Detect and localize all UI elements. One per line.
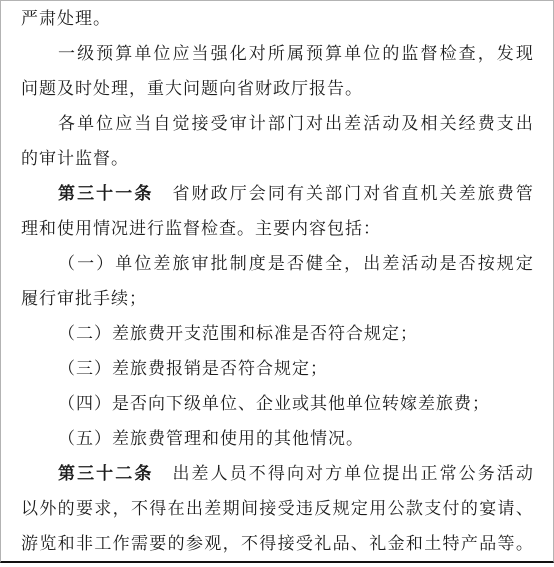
paragraph: 各单位应当自觉接受审计部门对出差活动及相关经费支出的审计监督。 <box>21 106 533 176</box>
char: 在 <box>168 491 185 526</box>
char: 当 <box>192 36 209 71</box>
article-number-char: 第 <box>58 176 75 211</box>
char: 动 <box>516 456 533 491</box>
char: 、 <box>516 491 533 526</box>
char: 强 <box>211 36 228 71</box>
char: 机 <box>420 176 437 211</box>
char: 得 <box>259 526 276 561</box>
char: 特 <box>443 526 460 561</box>
char: 观 <box>204 526 221 561</box>
char: 正 <box>420 456 437 491</box>
char: ， <box>478 36 495 71</box>
char: 款 <box>406 491 423 526</box>
char <box>153 176 170 211</box>
paragraph: （一）单位差旅审批制度是否健全，出差活动是否按规定履行审批手续； <box>21 246 533 316</box>
char: 出 <box>186 491 203 526</box>
text-line: （四）是否向下级单位、企业或其他单位转嫁差旅费； <box>21 386 533 421</box>
char: 品 <box>333 526 350 561</box>
char: 参 <box>186 526 203 561</box>
paragraph: 第三十一条 省财政厅会同有关部门对省直机关差旅费管理和使用情况进行监督检查。主要… <box>21 176 533 246</box>
char: 作 <box>113 526 130 561</box>
char: 定 <box>351 491 368 526</box>
char: 同 <box>268 176 285 211</box>
char: 要 <box>76 491 93 526</box>
char: 审 <box>192 246 209 281</box>
char: 门 <box>344 176 361 211</box>
char: 违 <box>296 491 313 526</box>
char: 差 <box>382 246 399 281</box>
char: 务 <box>478 456 495 491</box>
char: 位 <box>363 456 380 491</box>
char: 厅 <box>230 176 247 211</box>
char: 差 <box>459 176 476 211</box>
char: 的 <box>58 491 75 526</box>
text-line: 游览和非工作需要的参观，不得接受礼品、礼金和土特产品等。 <box>21 526 533 561</box>
char: 品 <box>479 526 496 561</box>
char: ， <box>113 491 130 526</box>
char: 出 <box>325 106 342 141</box>
paragraph: 第三十二条 出差人员不得向对方单位提出正常公务活动以外的要求，不得在出差期间接受… <box>21 456 533 561</box>
char: 应 <box>115 106 132 141</box>
char: 员 <box>230 456 247 491</box>
article-number-char: 十 <box>96 456 113 491</box>
char: 反 <box>314 491 331 526</box>
char: 活 <box>497 456 514 491</box>
char: 属 <box>287 36 304 71</box>
char: 产 <box>461 526 478 561</box>
article-number-char: 三 <box>77 176 94 211</box>
paragraph: 严肃处理。 <box>21 1 533 36</box>
char: 出 <box>401 456 418 491</box>
char: 各 <box>58 106 75 141</box>
char: 的 <box>168 526 185 561</box>
char: 是 <box>440 246 457 281</box>
char: 级 <box>77 36 94 71</box>
char: 求 <box>94 491 111 526</box>
char: 监 <box>401 36 418 71</box>
char: 不 <box>241 526 258 561</box>
char: 、 <box>351 526 368 561</box>
char: 览 <box>39 526 56 561</box>
char: 受 <box>278 491 295 526</box>
char: 以 <box>21 491 38 526</box>
char: 差 <box>192 456 209 491</box>
char: 活 <box>363 106 380 141</box>
char: 预 <box>306 36 323 71</box>
text-line: 各单位应当自觉接受审计部门对出差活动及相关经费支出 <box>21 106 533 141</box>
char: 现 <box>516 36 533 71</box>
char: 需 <box>131 526 148 561</box>
text-line: 的审计监督。 <box>21 141 533 176</box>
char: 查 <box>459 36 476 71</box>
char: 计 <box>249 106 266 141</box>
text-line: 第三十一条 省财政厅会同有关部门对省直机关差旅费管 <box>21 176 533 211</box>
char: 财 <box>192 176 209 211</box>
char: 对 <box>363 176 380 211</box>
char: 游 <box>21 526 38 561</box>
char: 受 <box>296 526 313 561</box>
char: 支 <box>497 106 514 141</box>
char: 位 <box>134 246 151 281</box>
char: 向 <box>287 456 304 491</box>
char: 和 <box>406 526 423 561</box>
article-number-char: 十 <box>96 176 113 211</box>
char: 对 <box>249 36 266 71</box>
char: 相 <box>420 106 437 141</box>
char: 外 <box>39 491 56 526</box>
char: 发 <box>497 36 514 71</box>
char: 觉 <box>172 106 189 141</box>
char: 活 <box>401 246 418 281</box>
char: 按 <box>478 246 495 281</box>
char: 出 <box>172 456 189 491</box>
char: 单 <box>115 246 132 281</box>
char: 规 <box>497 246 514 281</box>
char: 非 <box>76 526 93 561</box>
char: 公 <box>459 456 476 491</box>
char: 有 <box>287 176 304 211</box>
char: 度 <box>249 246 266 281</box>
char: 出 <box>363 246 380 281</box>
char: 礼 <box>314 526 331 561</box>
char <box>153 456 170 491</box>
char: 是 <box>268 246 285 281</box>
char: 及 <box>401 106 418 141</box>
char: 付 <box>443 491 460 526</box>
article-number-char: 第 <box>58 456 75 491</box>
char: 门 <box>287 106 304 141</box>
char: ） <box>96 246 113 281</box>
char: 差 <box>344 106 361 141</box>
text-line: 履行审批手续； <box>21 281 533 316</box>
char: 土 <box>424 526 441 561</box>
char: 差 <box>204 491 221 526</box>
article-number-char: 条 <box>134 176 151 211</box>
char: 间 <box>241 491 258 526</box>
char: 出 <box>516 106 533 141</box>
char: 差 <box>153 246 170 281</box>
char: 动 <box>420 246 437 281</box>
char: 化 <box>230 36 247 71</box>
char: 不 <box>131 491 148 526</box>
char: 省 <box>382 176 399 211</box>
char: ， <box>344 246 361 281</box>
char: 全 <box>325 246 342 281</box>
char: 礼 <box>369 526 386 561</box>
char: 受 <box>211 106 228 141</box>
char: 支 <box>424 491 441 526</box>
char: 单 <box>134 36 151 71</box>
char: 省 <box>172 176 189 211</box>
char: 要 <box>149 526 166 561</box>
char: 等 <box>498 526 515 561</box>
article-number-char: 一 <box>115 176 132 211</box>
char: 对 <box>306 106 323 141</box>
char: 审 <box>230 106 247 141</box>
article-number-char: 条 <box>134 456 151 491</box>
char: 位 <box>363 36 380 71</box>
char: 的 <box>382 36 399 71</box>
char: 会 <box>249 176 266 211</box>
char: 直 <box>401 176 418 211</box>
char: 宴 <box>479 491 496 526</box>
paragraph: 一级预算单位应当强化对所属预算单位的监督检查，发现问题及时处理，重大问题向省财政… <box>21 36 533 106</box>
char: 批 <box>211 246 228 281</box>
char: 检 <box>440 36 457 71</box>
char: 方 <box>325 456 342 491</box>
char: ， <box>223 526 240 561</box>
char: 期 <box>223 491 240 526</box>
char: 关 <box>440 106 457 141</box>
char: 部 <box>325 176 342 211</box>
char: 请 <box>498 491 515 526</box>
char: 一 <box>58 36 75 71</box>
char: 算 <box>115 36 132 71</box>
char: 。 <box>516 526 533 561</box>
char: 对 <box>306 456 323 491</box>
document-page: 严肃处理。一级预算单位应当强化对所属预算单位的监督检查，发现问题及时处理，重大问… <box>0 0 554 563</box>
char: 旅 <box>478 176 495 211</box>
char: 单 <box>77 106 94 141</box>
char: 否 <box>287 246 304 281</box>
char: 旅 <box>172 246 189 281</box>
document-body: 严肃处理。一级预算单位应当强化对所属预算单位的监督检查，发现问题及时处理，重大问… <box>21 1 533 561</box>
paragraph: （四）是否向下级单位、企业或其他单位转嫁差旅费； <box>21 386 533 421</box>
char: 定 <box>516 246 533 281</box>
char: 得 <box>149 491 166 526</box>
char: 制 <box>230 246 247 281</box>
char: 否 <box>459 246 476 281</box>
paragraph: （二）差旅费开支范围和标准是否符合规定； <box>21 316 533 351</box>
text-line: （五）差旅费管理和使用的其他情况。 <box>21 421 533 456</box>
text-line: （三）差旅费报销是否符合规定； <box>21 351 533 386</box>
text-line: 以外的要求，不得在出差期间接受违反规定用公款支付的宴请、 <box>21 491 533 526</box>
char: 公 <box>388 491 405 526</box>
char: 单 <box>344 456 361 491</box>
char: 人 <box>211 456 228 491</box>
text-line: 理和使用情况进行监督检查。主要内容包括： <box>21 211 533 246</box>
char: 自 <box>153 106 170 141</box>
char: 常 <box>440 456 457 491</box>
text-line: 第三十二条 出差人员不得向对方单位提出正常公务活动 <box>21 456 533 491</box>
char: 提 <box>382 456 399 491</box>
text-line: （二）差旅费开支范围和标准是否符合规定； <box>21 316 533 351</box>
char: 位 <box>96 106 113 141</box>
char: 部 <box>268 106 285 141</box>
char: 管 <box>516 176 533 211</box>
char: 用 <box>369 491 386 526</box>
char: 政 <box>211 176 228 211</box>
char: 经 <box>459 106 476 141</box>
paragraph: （五）差旅费管理和使用的其他情况。 <box>21 421 533 456</box>
char: 一 <box>77 246 94 281</box>
char: 和 <box>58 526 75 561</box>
char: 关 <box>306 176 323 211</box>
char: （ <box>58 246 75 281</box>
char: 督 <box>420 36 437 71</box>
text-line: 问题及时处理，重大问题向省财政厅报告。 <box>21 71 533 106</box>
char: 金 <box>388 526 405 561</box>
char: 动 <box>382 106 399 141</box>
char: 工 <box>94 526 111 561</box>
char: 的 <box>461 491 478 526</box>
char: 健 <box>306 246 323 281</box>
char: 单 <box>344 36 361 71</box>
char: 费 <box>478 106 495 141</box>
paragraph: （三）差旅费报销是否符合规定； <box>21 351 533 386</box>
char: 算 <box>325 36 342 71</box>
text-line: （一）单位差旅审批制度是否健全，出差活动是否按规定 <box>21 246 533 281</box>
char: 不 <box>249 456 266 491</box>
char: 得 <box>268 456 285 491</box>
text-line: 一级预算单位应当强化对所属预算单位的监督检查，发现 <box>21 36 533 71</box>
char: 应 <box>172 36 189 71</box>
article-number-char: 三 <box>77 456 94 491</box>
char: 所 <box>268 36 285 71</box>
char: 接 <box>259 491 276 526</box>
char: 位 <box>153 36 170 71</box>
char: 接 <box>278 526 295 561</box>
text-line: 严肃处理。 <box>21 1 533 36</box>
char: 关 <box>440 176 457 211</box>
char: 费 <box>497 176 514 211</box>
article-number-char: 二 <box>115 456 132 491</box>
char: 预 <box>96 36 113 71</box>
char: 当 <box>134 106 151 141</box>
char: 接 <box>192 106 209 141</box>
char: 规 <box>333 491 350 526</box>
